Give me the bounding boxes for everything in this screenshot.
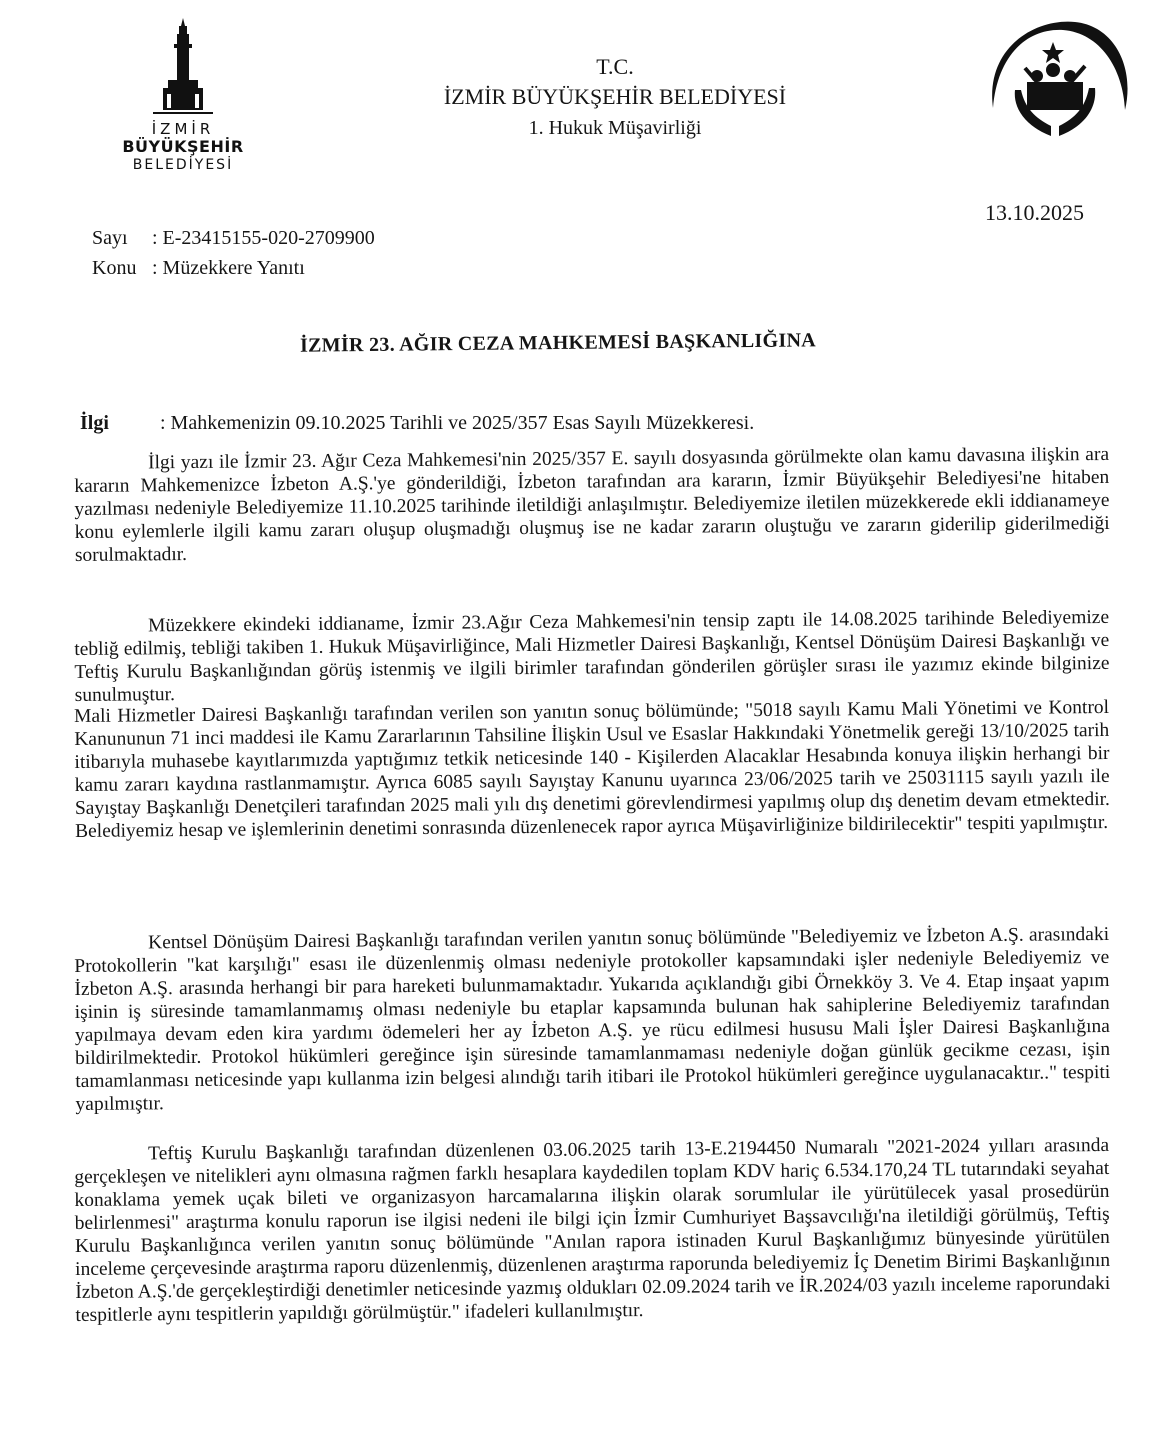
logo-line-buyuksehir: BÜYÜKŞEHİR — [108, 137, 258, 156]
document-date: 13.10.2025 — [985, 200, 1084, 226]
paragraph-3: Kentsel Dönüşüm Dairesi Başkanlığı taraf… — [74, 923, 1111, 1116]
subject: Konu: Müzekkere Yanıtı — [92, 257, 305, 280]
crescent-hands-family-icon — [975, 8, 1135, 148]
logo-line-belediyesi: BELEDİYESİ — [108, 157, 258, 173]
letterhead: T.C. İZMİR BÜYÜKŞEHİR BELEDİYESİ 1. Huku… — [380, 52, 850, 144]
ilgi-value: : Mahkemenizin 09.10.2025 Tarihli ve 202… — [160, 412, 754, 434]
paragraph-1: İlgi yazı ile İzmir 23. Ağır Ceza Mahkem… — [74, 443, 1110, 567]
izmir-municipality-logo: İZMİR BÜYÜKŞEHİR BELEDİYESİ — [108, 18, 258, 168]
logo-line-izmir: İZMİR — [108, 120, 258, 138]
addressee-heading: İZMİR 23. AĞIR CEZA MAHKEMESİ BAŞKANLIĞI… — [300, 329, 816, 357]
reference-line: İlgi: Mahkemenizin 09.10.2025 Tarihli ve… — [80, 412, 754, 435]
ilgi-label: İlgi — [80, 412, 160, 435]
konu-value: : Müzekkere Yanıtı — [152, 257, 305, 279]
clock-tower-icon — [148, 18, 218, 118]
letterhead-institution: İZMİR BÜYÜKŞEHİR BELEDİYESİ — [380, 82, 850, 112]
letterhead-department: 1. Hukuk Müşavirliği — [380, 112, 850, 144]
letterhead-tc: T.C. — [380, 52, 850, 82]
konu-label: Konu — [92, 257, 152, 280]
paragraph-4: Teftiş Kurulu Başkanlığı tarafından düze… — [74, 1134, 1111, 1327]
paragraph-2-mali-hizmetler: Mali Hizmetler Dairesi Başkanlığı tarafı… — [74, 696, 1110, 843]
sayi-label: Sayı — [92, 227, 152, 250]
paragraph-2: Müzekkere ekindeki iddianame, İzmir 23.A… — [74, 606, 1110, 707]
reference-number: Sayı: E-23415155-020-2709900 — [92, 227, 375, 250]
sayi-value: : E-23415155-020-2709900 — [152, 227, 375, 249]
